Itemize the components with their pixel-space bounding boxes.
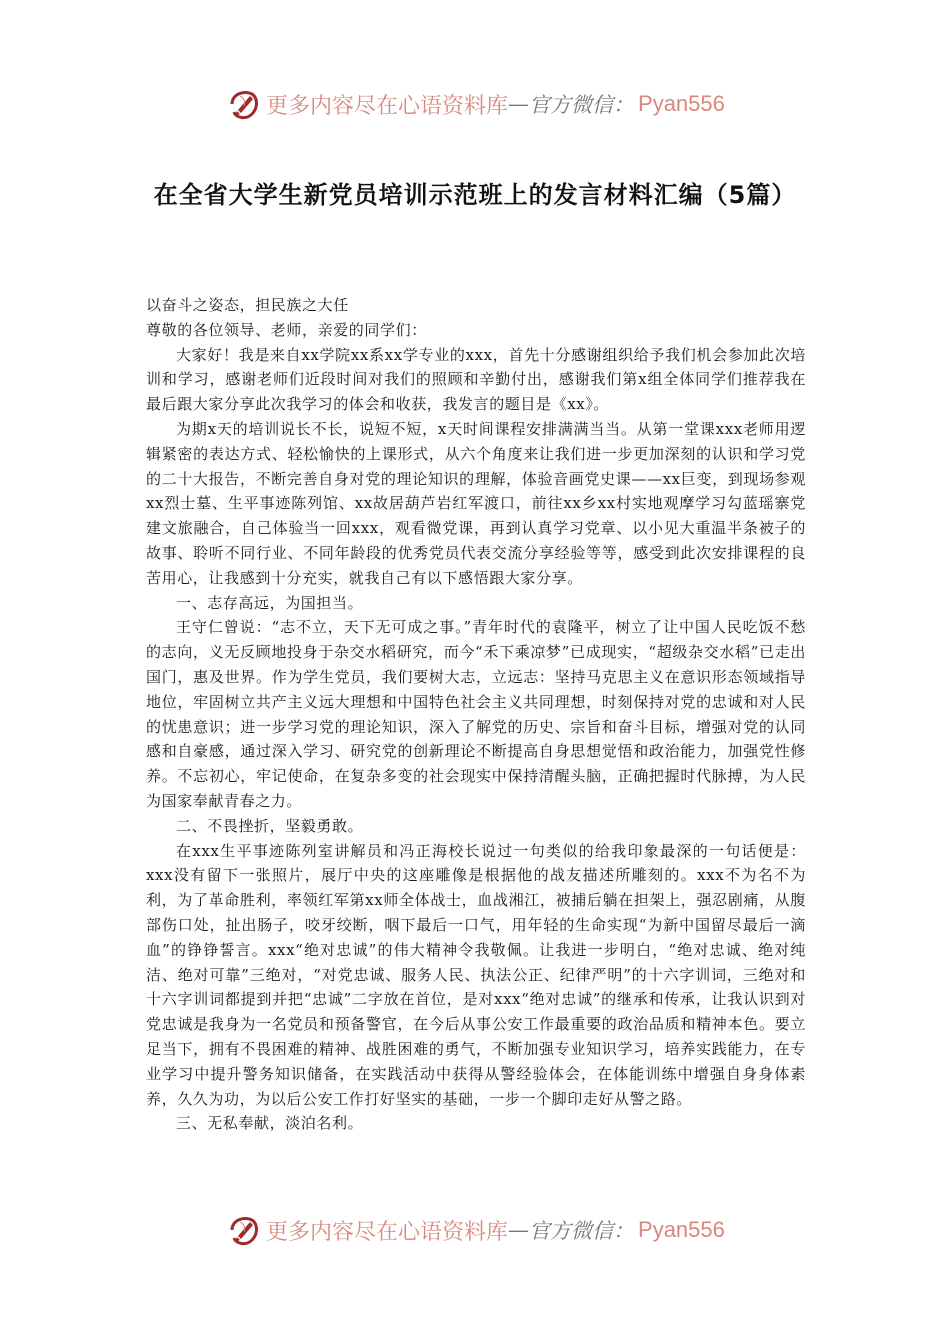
section-heading-3: 三、无私奉献，淡泊名利。 xyxy=(146,1111,806,1136)
paragraph-section-2: 在xxx生平事迹陈列室讲解员和冯正海校长说过一句类似的给我印象最深的一句话便是：… xyxy=(146,839,806,1112)
watermark-dash: — xyxy=(508,92,529,116)
header-watermark-banner: 更多内容尽在心语资料库 — 官方微信： Pyan556 xyxy=(226,84,725,124)
watermark-main-text: 更多内容尽在心语资料库 xyxy=(266,1215,508,1246)
section-heading-1: 一、志存高远，为国担当。 xyxy=(146,591,806,616)
watermark-dash: — xyxy=(508,1218,529,1242)
watermark-main-text: 更多内容尽在心语资料库 xyxy=(266,89,508,120)
quill-pen-logo-icon xyxy=(226,86,262,122)
watermark-sub-text: 官方微信： xyxy=(529,89,634,119)
watermark-sub-text: 官方微信： xyxy=(529,1215,634,1245)
footer-watermark-banner: 更多内容尽在心语资料库 — 官方微信： Pyan556 xyxy=(226,1210,725,1250)
paragraph-training-overview: 为期x天的培训说长不长，说短不短，x天时间课程安排满满当当。从第一堂课xxx老师… xyxy=(146,417,806,591)
quill-pen-logo-icon xyxy=(226,1212,262,1248)
paragraph-section-1: 王守仁曾说：“志不立，天下无可成之事。”青年时代的袁隆平，树立了让中国人民吃饭不… xyxy=(146,615,806,813)
paragraph-subtitle: 以奋斗之姿态，担民族之大任 xyxy=(146,293,806,318)
paragraph-intro: 大家好！我是来自xx学院xx系xx学专业的xxx，首先十分感谢组织给予我们机会参… xyxy=(146,343,806,417)
section-heading-2: 二、不畏挫折，坚毅勇敢。 xyxy=(146,814,806,839)
watermark-id-text: Pyan556 xyxy=(638,1217,725,1243)
document-title: 在全省大学生新党员培训示范班上的发言材料汇编（5篇） xyxy=(0,175,950,210)
document-body: 以奋斗之姿态，担民族之大任 尊敬的各位领导、老师，亲爱的同学们： 大家好！我是来… xyxy=(146,293,806,1136)
watermark-id-text: Pyan556 xyxy=(638,91,725,117)
paragraph-salutation: 尊敬的各位领导、老师，亲爱的同学们： xyxy=(146,318,806,343)
